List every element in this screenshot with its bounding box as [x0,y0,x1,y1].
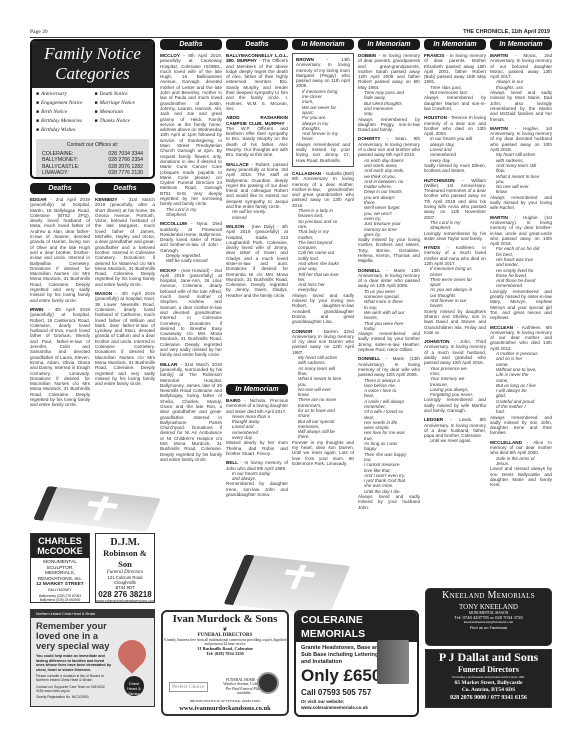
notice-text: - In loving memory of dear parents, gran… [358,53,420,90]
notice-surname: MASON [95,291,112,296]
notice-entry: LEDGER - Lewis. 8th Anniversary. In lovi… [424,417,486,443]
notice-surname: DOBBIN [358,53,376,58]
category-item: Thanks Notice [95,117,150,126]
notice-surname: MCCLELLAND [490,440,522,445]
notice-signoff: Always remembered by daughter Marion and… [424,95,486,111]
category-item: Birthday Wishes [36,126,91,135]
notice-text: - 8th April 2019, peacefully at Causeway… [160,53,222,206]
notice-entry: DOBBIN - In loving memory of dear parent… [358,53,420,132]
notice-text: - 4th April 2019 (peacefully) at hospita… [30,307,90,407]
memoriam-header: In Memoriam [226,384,288,395]
notice-surname: EDGAR [30,197,47,202]
notice-text: - (nee Howard) - 2nd April 2019 (peacefu… [160,268,222,358]
notice-text: - Isabella (Bell) 9th Anniversary In lov… [292,171,354,208]
ad-charles-mccooke: CHARLESMcCOOKE MONUMENTALSCULPTOR,MEMORI… [30,533,90,603]
notice-entry: BAIRD - Nichola. Precious memories of a … [226,398,288,456]
verse-line: Until we meet again. [424,438,486,443]
notice-entry: MARTIN - Morac, 2nd Anniversary. In lovi… [490,53,552,122]
notice-text: - 31st March 2019 (peacefully, after a s… [95,197,155,287]
notice-surname: MCCLEAN [490,325,513,330]
memoriam-column-5: BROWN - 14th Anniversary. In loving memo… [292,53,354,527]
notice-surname: MCCLOY [160,53,180,58]
notice-surname: MCKAY [160,268,176,273]
deaths-column-2: KENNEDY - 31st March 2019 (peacefully, a… [95,197,155,479]
notice-surname: WILSON [226,224,244,229]
notice-surname: DOHERTY [358,136,380,141]
notice-surname: JOHNSTON [424,339,449,344]
notice-signoff: Remembered by daughter Irene, son-law Jo… [226,481,288,497]
notice-text: - William (Willie). 1st Anniversary. Tre… [424,178,486,220]
notice-entry: DONNELL - Marie 13th Anniversary. In lov… [358,268,420,353]
bible-cross-icon [223,554,350,615]
notice-surname: HUTCHINSON [424,178,455,183]
notice-surname: DONNELL [358,268,380,273]
notice-signoff: Always remembered and sadly missed by yo… [490,195,552,211]
notice-entry: DOHERTY - Sean. 9th Anniversary. In lovi… [358,136,420,263]
notice-signoff: Always remembered and sadly missed by yo… [358,331,420,352]
memoriam-column-4b: BAIRD - Nichola. Precious memories of a … [226,398,288,518]
memoriam-header: In Memoriam [292,39,354,50]
notice-surname: DONNELL [358,356,380,361]
ad-pj-dallat: P J Dallat and Sons Funeral Directors Pr… [425,649,552,708]
notice-entry: WILSON - (nee Daly) - 4th April 2019 (pe… [226,224,288,298]
ornament-icon: ❦ [163,626,287,633]
notice-surname: MARTIN [490,215,508,220]
notice-text: - Hughie (1st Anniversary). In loving me… [490,215,552,246]
deaths-column-1: EDGAR - 2nd April 2019 (peacefully) at h… [30,197,90,479]
notice-signoff: Lovingly remembered by his sister Jean T… [424,231,486,241]
notice-text: - 14th Anniversary. In loving memory of … [296,57,350,88]
notice-surname: HOUSTON [424,115,447,120]
facebook-icon: Find us on Facebook [426,625,551,630]
page-header: Page 20 THE CHRONICLE, 11th April 2019 [30,28,550,38]
notice-signoff: Always remembered by daughter Peggy, son… [358,117,420,133]
notice-entry: JOHNSTON - John. Third Anniversary. In l… [424,339,486,413]
family-notice-categories: Family Notice Categories AnniversaryDeat… [30,39,155,179]
notice-surname: FRANCIS [424,53,444,58]
notice-entry: BROWN - 14th Anniversary. In loving memo… [292,53,354,167]
bible-cross-icon [33,486,161,532]
headstone-icon [377,640,409,684]
notice-text: - 31st March 2019 (peacefully, surrounde… [160,362,222,462]
category-item: Anniversary [36,90,91,99]
notice-entry: WALLACE - Robert, passed away peacefully… [226,162,288,220]
notice-signoff: Forever in my thoughts and my heart, dea… [292,440,354,466]
notice-signoff: Lovingly remembered and sadly missed by … [424,397,486,413]
category-item: Memoriam [95,108,150,117]
notice-entry: MARTIN - Hughie. 1st Anniversary. In lov… [490,126,552,211]
notice-surname: BROWN [296,57,314,62]
contact-offices: Contact our Offices at: COLERAINE:028 70… [36,139,149,179]
office-phone: 028 7776 2130 [108,170,143,177]
notice-surname: ABOD RASHARKIN CAMPSIE CLUB. MURPHY [226,115,288,125]
notice-surname: MILLAR [160,362,177,367]
bifd-seal-icon [257,672,279,694]
verse-line: missed [226,215,288,220]
notice-signoff: Always loved and sadly missed by Mum Mar… [490,90,552,121]
notice-signoff: Missed dearly by her mum Thelma, dad Rob… [226,440,288,456]
notice-signoff: Sadly missed by your loving mother, brot… [358,237,420,263]
deaths-header: Deaths [95,183,155,194]
page-number: Page 20 [30,29,48,35]
deaths-header: Deaths [30,183,90,194]
memoriam-column-8: MARTIN - Morac, 2nd Anniversary. In lovi… [490,53,552,586]
notice-text: - The W.P. Officers and Brethren offer t… [226,121,288,158]
notice-text: - In loving memory of dear parents. Moth… [424,53,486,84]
paper-masthead: THE CHRONICLE, 11th April 2019 [463,29,550,35]
notice-entry: CONNOR - Darren. 32nd Anniversary In lov… [292,329,354,467]
notice-signoff: Always remembered and sadly missed by yo… [296,142,350,163]
notice-entry: MCCOLLUM - Nyna. Died suddenly at Pinewo… [160,221,222,263]
notice-surname: CONNOR [292,329,312,334]
notice-entry: DONNELL - Marie (13th Anniversary). In l… [358,356,420,510]
notice-signoff: Always remembered and sadly missed by so… [490,415,552,436]
notice-text: - The Officers and Members of the above … [226,58,288,111]
notice-signoff: Sadly missed by mum Eileen, brothers and… [424,163,486,173]
notice-entry: HYNDS - Kathleen: in memory of a much lo… [424,245,486,335]
notice-entry: HUTCHINSON - William (Willie). 1st Anniv… [424,178,486,242]
notice-surname: LEDGER [424,417,443,422]
notice-surname: WALLACE [226,162,249,167]
notice-entry: CALLAGHAN - Isabella (Bell) 9th Annivers… [292,171,354,325]
category-list: AnniversaryDeath NoticeEngagement Notice… [32,88,153,137]
office-row: LIMAVADY:028 7776 2130 [42,170,143,177]
notice-text: - Robert, passed away peacefully at home… [226,162,288,209]
notice-surname: IRWIN [30,307,43,312]
notice-signoff: Sorely missed by daughters Sharon and Sh… [424,309,486,335]
deaths-header: Deaths [226,39,288,50]
ad-nichs: Northern Ireland Chest Heart & Stroke Re… [30,609,155,707]
notice-text: - 4th April 2019 (peacefully) at hospita… [95,291,155,386]
notice-entry: MCCLEAN - Kathleen. 6th Anniversary. In … [490,325,552,436]
notice-entry: EDGAR - 2nd April 2019 (peacefully) at h… [30,197,90,303]
deaths-column-3: MCCLOY - 8th April 2019, peacefully at C… [160,53,222,480]
notice-text: - Nyna. Died suddenly at Pinewood Reside… [160,221,222,252]
office-name: LIMAVADY: [42,170,69,177]
notice-entry: FRANCIS - In loving memory of dear paren… [424,53,486,111]
notice-surname: BELL [226,460,238,465]
notice-entry: MCCLOY - 8th April 2019, peacefully at C… [160,53,222,217]
notice-entry: ABOD RASHARKIN CAMPSIE CLUB. MURPHY - Th… [226,115,288,157]
ad-kneeland-memorials: Kneeland Memorials TONY KNEELAND MONUMEN… [425,588,552,646]
deaths-column-4: BALLYMACONNELLY L.O.L. 380. MURPHY - The… [226,53,288,380]
verse-line: Will be sadly missed [160,258,222,263]
notice-surname: CALLAGHAN [292,171,321,176]
notice-surname: MCCOLLUM [160,221,187,226]
category-item: Birth Notice [36,108,91,117]
notice-surname: MARTIN [490,126,508,131]
memoriam-header: In Memoriam [490,39,552,50]
notice-surname: HYNDS [424,245,440,250]
memoriam-header: In Memoriam [424,39,486,50]
category-item: Birthday Memories [36,117,91,126]
notice-surname: BAIRD [226,398,241,403]
notice-surname: KENNEDY [95,197,117,202]
ad-ivan-murdock: Ivan Murdock & Sons ❦ FUNERAL DIRECTORS … [161,610,289,716]
notice-signoff: Lovingly remembered and greatly missed b… [490,289,552,320]
notice-entry: MILLAR - 31st March 2019 (peacefully, su… [160,362,222,463]
ad-djm-robinson: D.J.M. Robinson & Son Funeral Directors … [95,533,155,603]
notice-signoff: Always loved and sadly missed by your hu… [358,494,420,510]
memoriam-column-7: FRANCIS - In loving memory of dear paren… [424,53,486,586]
notice-text: - (nee Daly) - 4th April 2019 (peacefull… [226,224,288,298]
verse-line: Shepherd. [160,212,222,217]
nichs-logo: Chest Heart & Stroke [124,676,144,696]
notice-entry: KENNEDY - 31st March 2019 (peacefully, a… [95,197,155,287]
notice-surname: MARTIN [490,53,508,58]
notice-entry: MARTIN - Hughie (1st Anniversary). In lo… [490,215,552,321]
notice-entry: BELL - In loving memory of John who died… [226,460,288,497]
deaths-header: Deaths [160,39,222,50]
category-item: Marriage Notice [95,99,150,108]
category-item: Death Notice [95,90,150,99]
notice-signoff: Loved and missed always by son Denis Bal… [490,466,552,487]
notice-entry: MCCLELLAND - Alice In memory of our dear… [490,440,552,488]
ad-coleraine-memorials: COLERAINE MEMORIALS Granite Headstones, … [294,610,419,717]
notice-entry: IRWIN - 4th April 2019 (peacefully) at h… [30,307,90,408]
notice-text: - 2nd April 2019 (peacefully) at hospita… [30,197,90,303]
notice-entry: MCKAY - (nee Howard) - 2nd April 2019 (p… [160,268,222,358]
notice-entry: HOUSTON - Terence In loving memory of a … [424,115,486,173]
notice-signoff: Always loved and sadly missed by your lo… [292,293,354,324]
memoriam-header: In Memoriam [358,39,420,50]
notice-entry: BALLYMACONNELLY L.O.L. 380. MURPHY - The… [226,53,288,111]
category-item: Engagement Notice [36,99,91,108]
notice-entry: MASON - 4th April 2019 (peacefully) at h… [95,291,155,386]
categories-title: Family Notice Categories [32,41,153,88]
memoriam-column-6: DOBBIN - In loving memory of dear parent… [358,53,420,605]
